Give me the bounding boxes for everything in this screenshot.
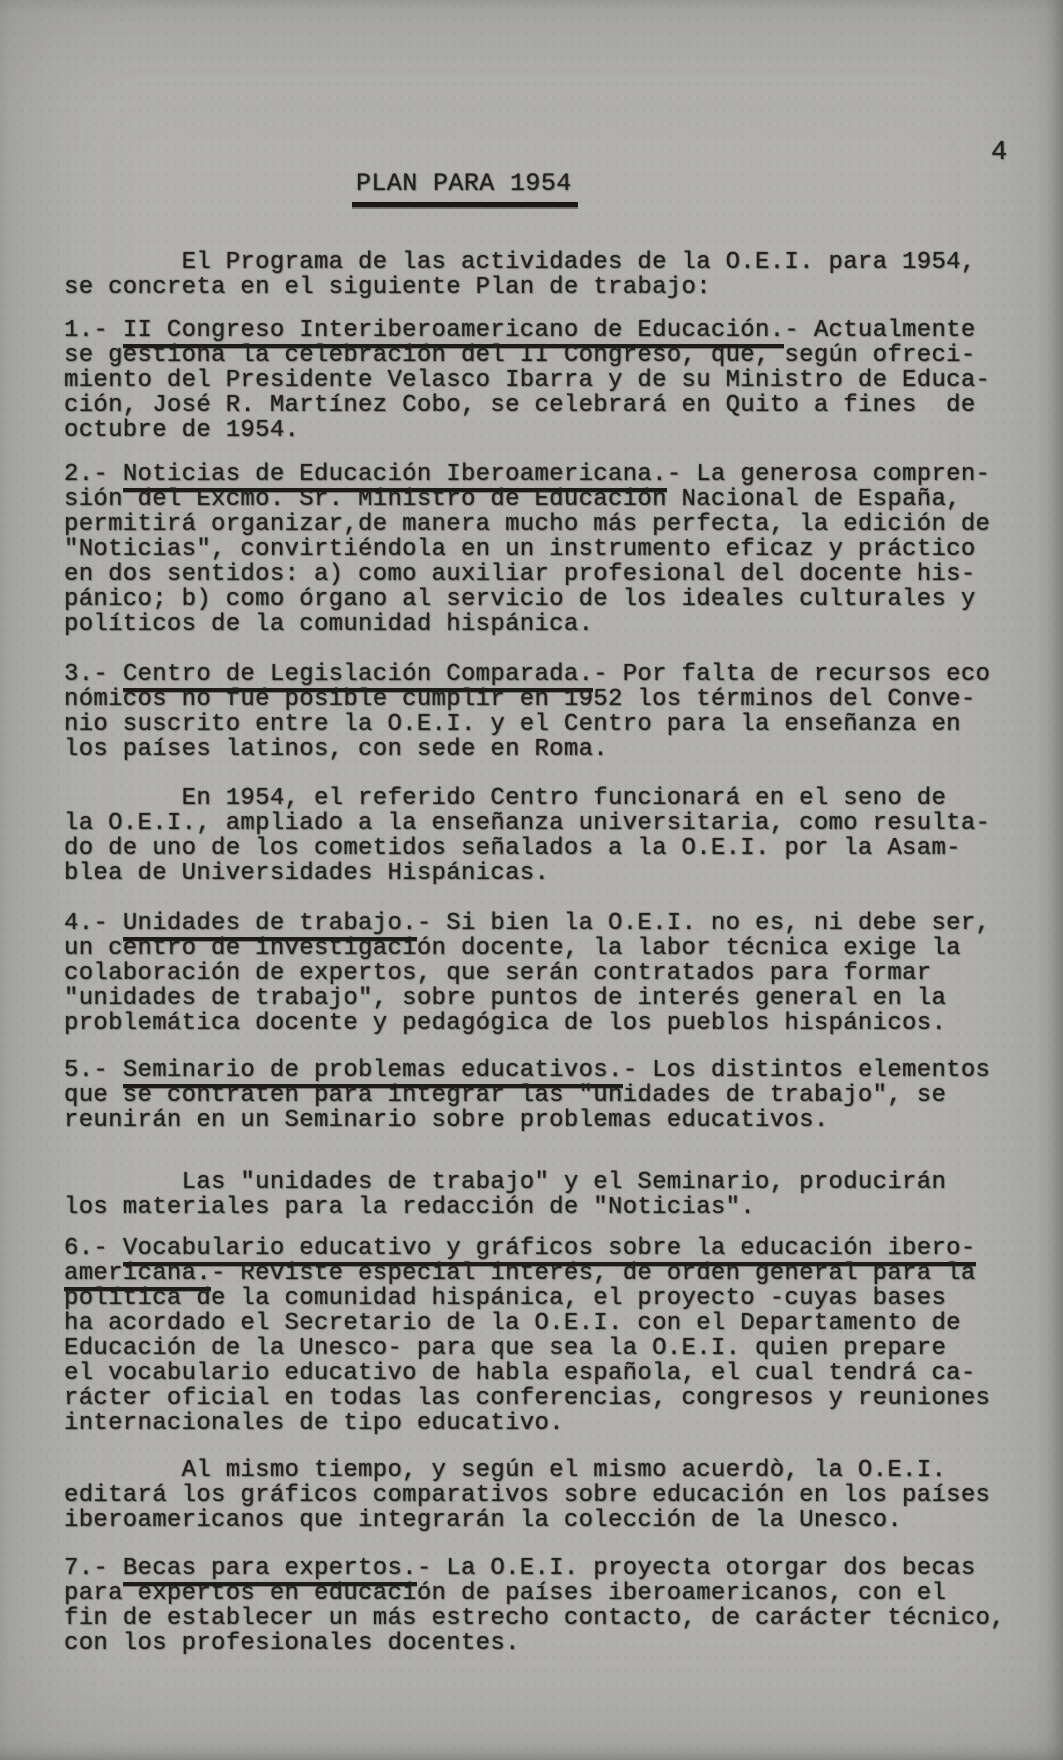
page-number: 4 xyxy=(991,138,1008,168)
text-line: la O.E.I., ampliado a la enseñanza unive… xyxy=(64,811,990,836)
paragraph-item-5-cont: Las "unidades de trabajo" y el Seminario… xyxy=(64,1170,946,1220)
text-segment: 7.- xyxy=(64,1555,123,1582)
text-line: Al mismo tiempo, y según el mismo acuerd… xyxy=(64,1458,990,1483)
paragraph-intro: El Programa de las actividades de la O.E… xyxy=(64,250,976,300)
text-line: 1.- II Congreso Interiberoamericano de E… xyxy=(64,318,990,343)
text-segment: 6.- xyxy=(64,1235,123,1262)
text-segment: El Programa de las actividades de la O.E… xyxy=(64,249,976,276)
text-segment: ción, José R. Martínez Cobo, se celebrar… xyxy=(64,392,976,419)
paragraph-item-3: 3.- Centro de Legislación Comparada.- Po… xyxy=(64,662,990,762)
text-line: sión del Excmo. Sr. Ministro de Educació… xyxy=(64,487,990,512)
paragraph-item-1: 1.- II Congreso Interiberoamericano de E… xyxy=(64,318,990,443)
text-line: Educación de la Unesco- para que sea la … xyxy=(64,1336,990,1361)
text-segment: ha acordado el Secretario de la O.E.I. c… xyxy=(64,1310,961,1337)
text-segment: un centro de investigación docente, la l… xyxy=(64,935,961,962)
document-title: PLAN PARA 1954 xyxy=(352,169,578,207)
text-line: política de la comunidad hispánica, el p… xyxy=(64,1286,990,1311)
text-line: ción, José R. Martínez Cobo, se celebrar… xyxy=(64,393,990,418)
text-line: do de uno de los cometidos señalados a l… xyxy=(64,836,990,861)
text-line: en dos sentidos: a) como auxiliar profes… xyxy=(64,562,990,587)
text-segment: en dos sentidos: a) como auxiliar profes… xyxy=(64,561,976,588)
text-segment: políticos de la comunidad hispánica. xyxy=(64,611,593,638)
text-line: un centro de investigación docente, la l… xyxy=(64,936,990,961)
text-segment: que se contraten para integrar las "unid… xyxy=(64,1082,946,1109)
text-segment: política de la comunidad hispánica, el p… xyxy=(64,1285,946,1312)
text-line: para expertos en educación de países ibe… xyxy=(64,1581,1005,1606)
text-line: 2.- Noticias de Educación Iberoamericana… xyxy=(64,462,990,487)
text-segment: nómicos no fué posible cumplir en 1952 l… xyxy=(64,686,976,713)
text-segment: colaboración de expertos, que serán cont… xyxy=(64,960,931,987)
text-segment: nio suscrito entre la O.E.I. y el Centro… xyxy=(64,711,961,738)
text-line: editará los gráficos comparativos sobre … xyxy=(64,1483,990,1508)
text-segment: iberoamericanos que integrarán la colecc… xyxy=(64,1507,902,1534)
text-segment: se concreta en el siguiente Plan de trab… xyxy=(64,274,711,301)
text-segment: 5.- xyxy=(64,1057,123,1084)
text-segment: rácter oficial en todas las conferencias… xyxy=(64,1385,990,1412)
paragraph-item-3-cont: En 1954, el referido Centro funcionará e… xyxy=(64,786,990,886)
paragraph-item-6: 6.- Vocabulario educativo y gráficos sob… xyxy=(64,1236,990,1436)
text-line: 7.- Becas para expertos.- La O.E.I. proy… xyxy=(64,1556,1005,1581)
text-segment: Educación de la Unesco- para que sea la … xyxy=(64,1335,946,1362)
text-segment: 4.- xyxy=(64,910,123,937)
text-segment: 1.- xyxy=(64,317,123,344)
text-segment: los materiales para la redacción de "Not… xyxy=(64,1194,755,1221)
text-segment: internacionales de tipo educativo. xyxy=(64,1410,564,1437)
text-segment: - Reviste especial interés, de orden gen… xyxy=(211,1260,976,1287)
text-line: políticos de la comunidad hispánica. xyxy=(64,612,990,637)
text-segment: sión del Excmo. Sr. Ministro de Educació… xyxy=(64,486,961,513)
text-line: En 1954, el referido Centro funcionará e… xyxy=(64,786,990,811)
text-segment: el vocabulario educativo de habla españo… xyxy=(64,1360,976,1387)
text-line: "unidades de trabajo", sobre puntos de i… xyxy=(64,986,990,1011)
text-segment: fin de establecer un más estrecho contac… xyxy=(64,1605,1005,1632)
text-segment: los países latinos, con sede en Roma. xyxy=(64,736,608,763)
text-line: blea de Universidades Hispánicas. xyxy=(64,861,990,886)
text-segment: - Si bien la O.E.I. no es, ni debe ser, xyxy=(417,910,990,937)
text-line: los materiales para la redacción de "Not… xyxy=(64,1195,946,1220)
paragraph-item-6-cont: Al mismo tiempo, y según el mismo acuerd… xyxy=(64,1458,990,1533)
text-segment: - Actualmente xyxy=(784,317,975,344)
text-line: 3.- Centro de Legislación Comparada.- Po… xyxy=(64,662,990,687)
paragraph-item-2: 2.- Noticias de Educación Iberoamericana… xyxy=(64,462,990,637)
paragraph-item-7: 7.- Becas para expertos.- La O.E.I. proy… xyxy=(64,1556,1005,1656)
text-line: que se contraten para integrar las "unid… xyxy=(64,1083,990,1108)
text-segment: "unidades de trabajo", sobre puntos de i… xyxy=(64,985,946,1012)
text-line: 6.- Vocabulario educativo y gráficos sob… xyxy=(64,1236,990,1261)
text-segment: do de uno de los cometidos señalados a l… xyxy=(64,835,961,862)
text-line: rácter oficial en todas las conferencias… xyxy=(64,1386,990,1411)
text-line: miento del Presidente Velasco Ibarra y d… xyxy=(64,368,990,393)
text-line: 4.- Unidades de trabajo.- Si bien la O.E… xyxy=(64,911,990,936)
text-line: nio suscrito entre la O.E.I. y el Centro… xyxy=(64,712,990,737)
text-segment: miento del Presidente Velasco Ibarra y d… xyxy=(64,367,990,394)
text-segment: la O.E.I., ampliado a la enseñanza unive… xyxy=(64,810,990,837)
text-line: con los profesionales docentes. xyxy=(64,1631,1005,1656)
text-line: reunirán en un Seminario sobre problemas… xyxy=(64,1108,990,1133)
text-segment: con los profesionales docentes. xyxy=(64,1630,520,1657)
text-segment: blea de Universidades Hispánicas. xyxy=(64,860,549,887)
text-line: el vocabulario educativo de habla españo… xyxy=(64,1361,990,1386)
text-line: octubre de 1954. xyxy=(64,418,990,443)
text-segment: - La O.E.I. proyecta otorgar dos becas xyxy=(417,1555,976,1582)
text-line: pánico; b) como órgano al servicio de lo… xyxy=(64,587,990,612)
text-line: internacionales de tipo educativo. xyxy=(64,1411,990,1436)
document-page: 4 PLAN PARA 1954 El Programa de las acti… xyxy=(0,0,1063,1760)
text-segment: En 1954, el referido Centro funcionará e… xyxy=(64,785,946,812)
paragraph-item-4: 4.- Unidades de trabajo.- Si bien la O.E… xyxy=(64,911,990,1036)
text-line: Las "unidades de trabajo" y el Seminario… xyxy=(64,1170,946,1195)
text-segment: octubre de 1954. xyxy=(64,417,299,444)
text-segment: 3.- xyxy=(64,661,123,688)
text-line: 5.- Seminario de problemas educativos.- … xyxy=(64,1058,990,1083)
text-segment: editará los gráficos comparativos sobre … xyxy=(64,1482,990,1509)
text-segment: problemática docente y pedagógica de los… xyxy=(64,1010,946,1037)
text-segment: - Por falta de recursos eco xyxy=(593,661,990,688)
text-line: El Programa de las actividades de la O.E… xyxy=(64,250,976,275)
text-segment: pánico; b) como órgano al servicio de lo… xyxy=(64,586,976,613)
text-line: permitirá organizar,de manera mucho más … xyxy=(64,512,990,537)
paragraph-item-5: 5.- Seminario de problemas educativos.- … xyxy=(64,1058,990,1133)
text-line: iberoamericanos que integrarán la colecc… xyxy=(64,1508,990,1533)
text-segment: Al mismo tiempo, y según el mismo acuerd… xyxy=(64,1457,946,1484)
text-segment: permitirá organizar,de manera mucho más … xyxy=(64,511,990,538)
text-segment: - Los distintos elementos xyxy=(623,1057,991,1084)
text-line: fin de establecer un más estrecho contac… xyxy=(64,1606,1005,1631)
text-line: ha acordado el Secretario de la O.E.I. c… xyxy=(64,1311,990,1336)
text-line: colaboración de expertos, que serán cont… xyxy=(64,961,990,986)
text-line: se concreta en el siguiente Plan de trab… xyxy=(64,275,976,300)
text-line: "Noticias", convirtiéndola en un instrum… xyxy=(64,537,990,562)
text-segment: "Noticias", convirtiéndola en un instrum… xyxy=(64,536,976,563)
text-segment: reunirán en un Seminario sobre problemas… xyxy=(64,1107,829,1134)
text-line: americana.- Reviste especial interés, de… xyxy=(64,1261,990,1286)
text-line: los países latinos, con sede en Roma. xyxy=(64,737,990,762)
text-segment: 2.- xyxy=(64,461,123,488)
text-line: nómicos no fué posible cumplir en 1952 l… xyxy=(64,687,990,712)
text-segment: - La generosa compren- xyxy=(667,461,990,488)
text-segment: para expertos en educación de países ibe… xyxy=(64,1580,946,1607)
text-line: se gestiona la celebración del II Congre… xyxy=(64,343,990,368)
text-segment: Las "unidades de trabajo" y el Seminario… xyxy=(64,1169,946,1196)
text-line: problemática docente y pedagógica de los… xyxy=(64,1011,990,1036)
text-segment: se gestiona la celebración del II Congre… xyxy=(64,342,976,369)
